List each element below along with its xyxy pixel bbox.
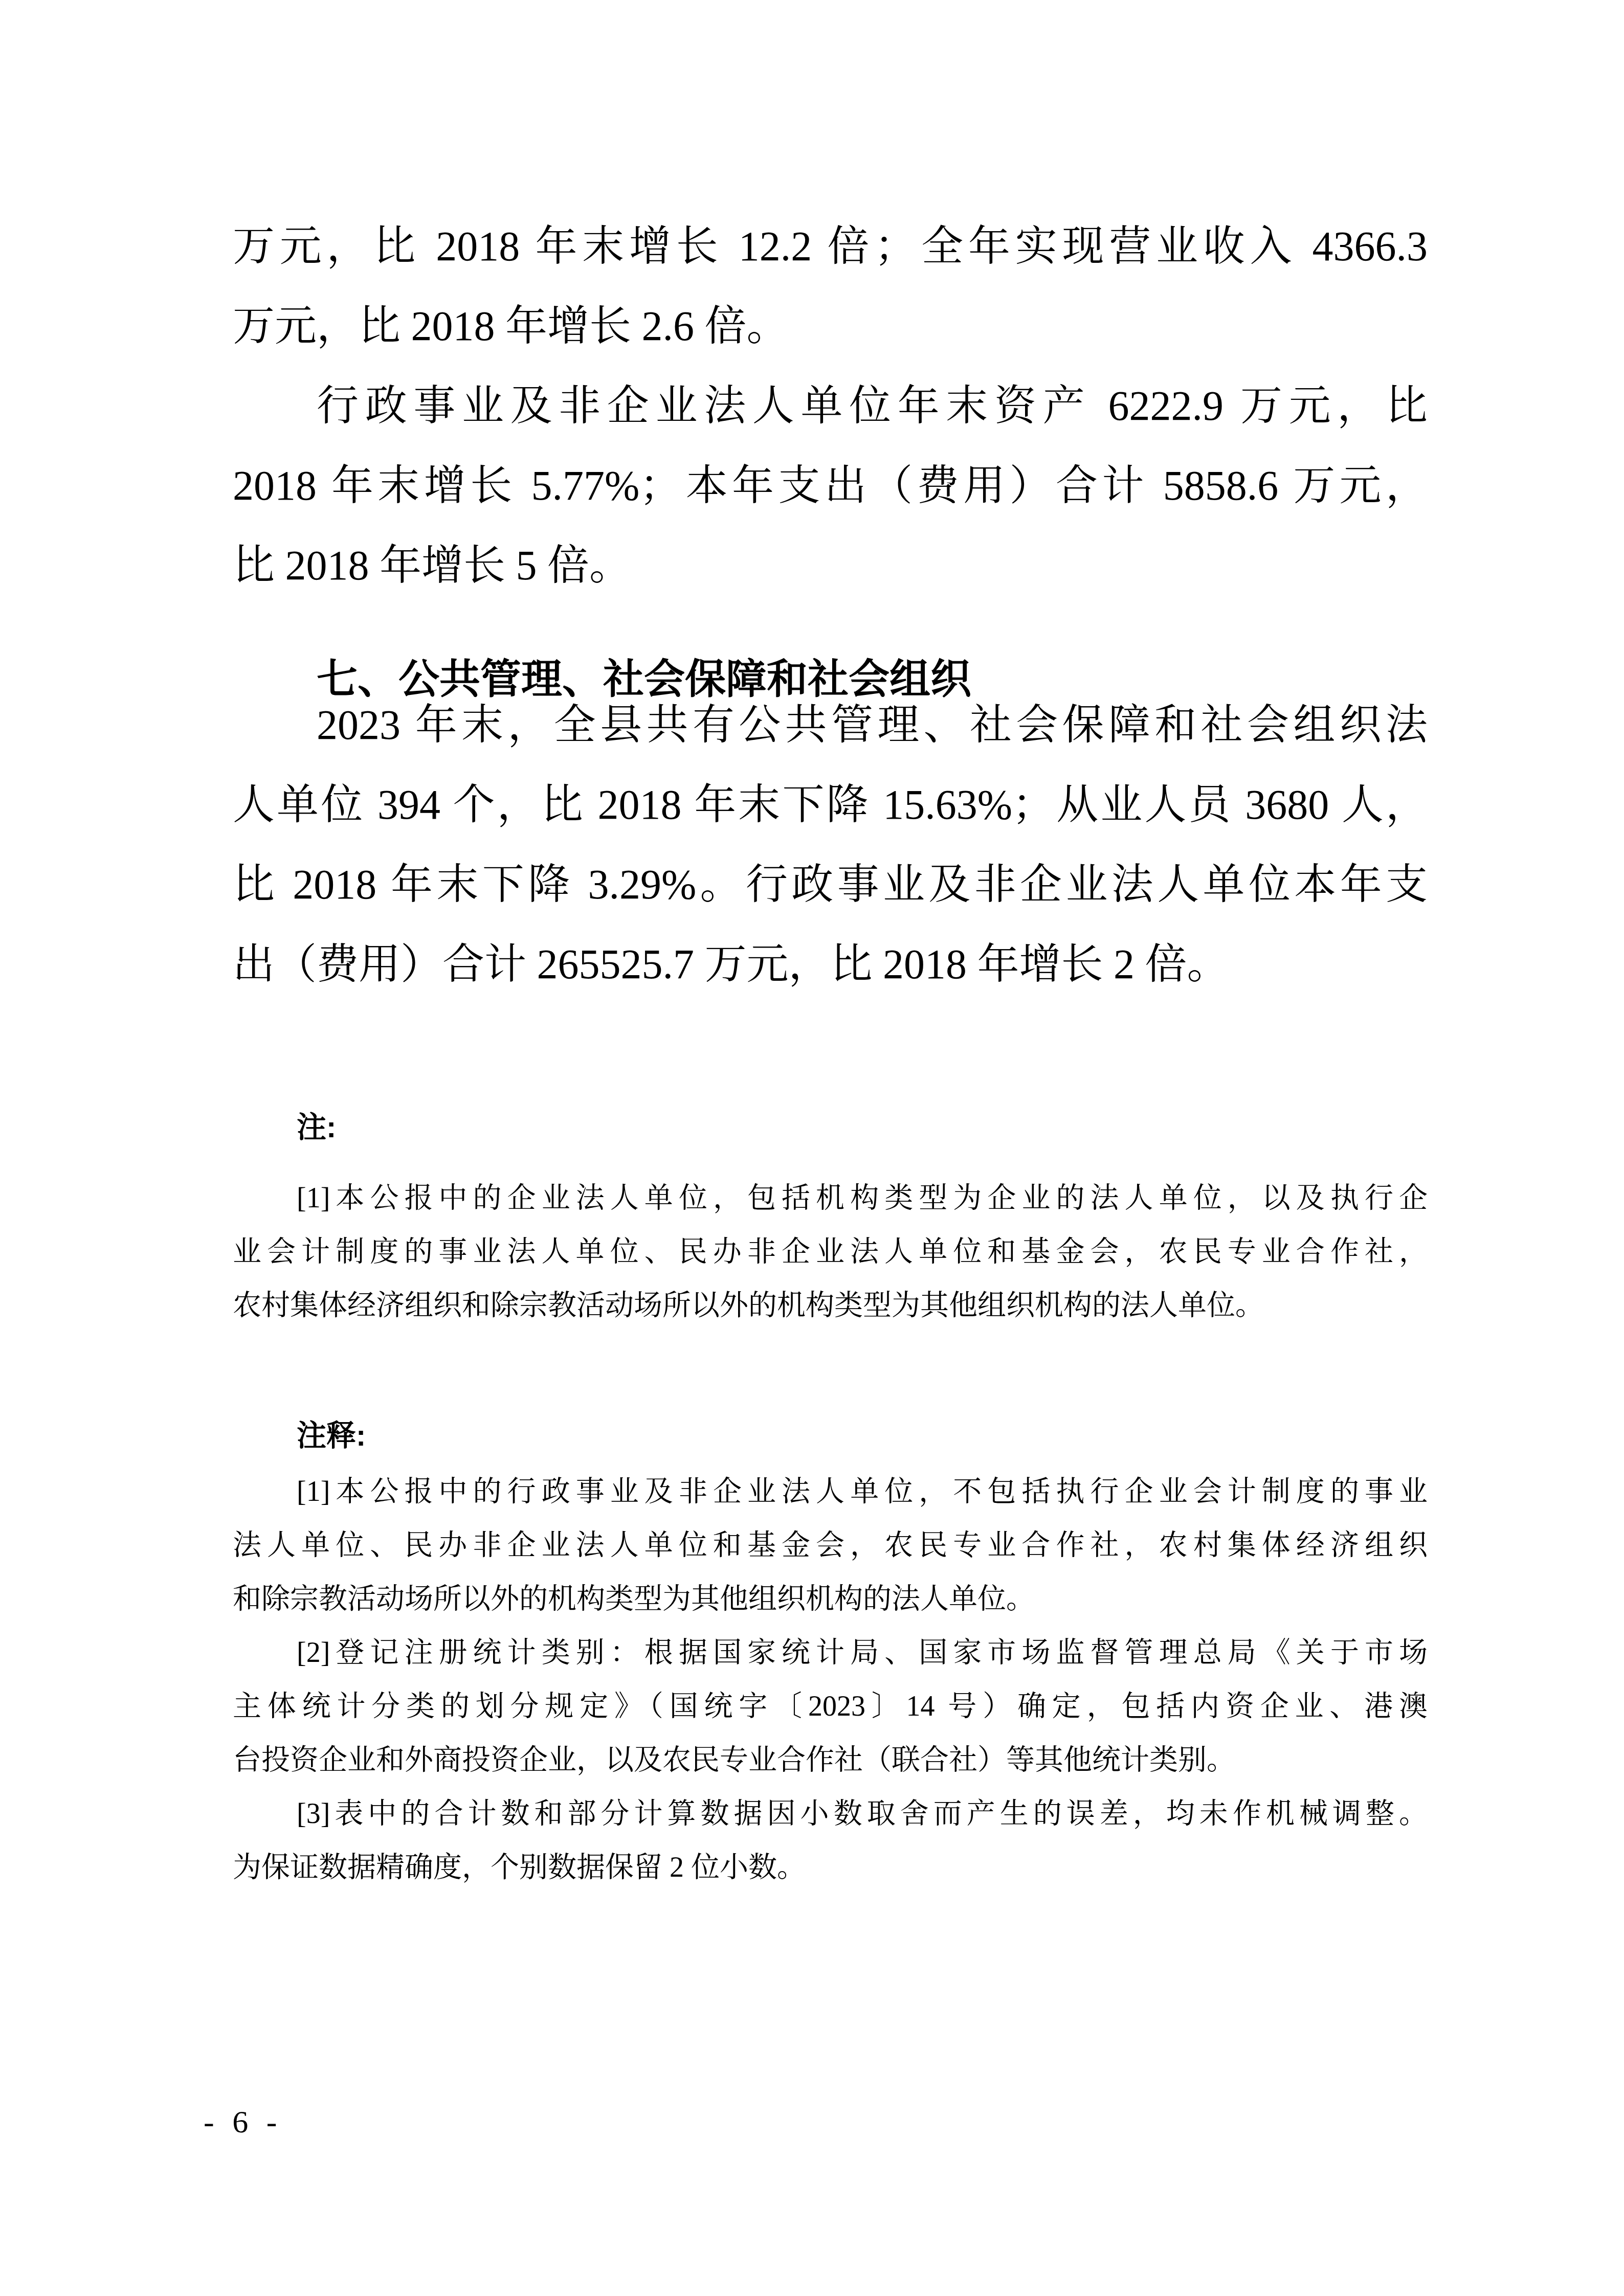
body-line: 行政事业及非企业法人单位年末资产 6222.9 万元，比 — [233, 366, 1428, 446]
footnotes-label: 注释: — [233, 1409, 1428, 1462]
body-line: 万元，比 2018 年增长 2.6 倍。 — [233, 286, 1428, 366]
document-page: 万元，比 2018 年末增长 12.2 倍；全年实现营业收入 4366.3 万元… — [0, 0, 1624, 2296]
notes-label: 注: — [233, 1100, 1428, 1154]
footnote-line: 台投资企业和外商投资企业，以及农民专业合作社（联合社）等其他统计类别。 — [233, 1734, 1428, 1787]
body-line: 人单位 394 个，比 2018 年末下降 15.63%；从业人员 3680 人… — [233, 765, 1428, 845]
footnote-3: [3]表中的合计数和部分计算数据因小数取舍而产生的误差，均未作机械调整。 为保证… — [233, 1787, 1428, 1895]
notes-block: 注: — [233, 1100, 1428, 1154]
body-line: 2023 年末，全县共有公共管理、社会保障和社会组织法 — [233, 685, 1428, 765]
footnote-1: [1]本公报中的行政事业及非企业法人单位，不包括执行企业会计制度的事业 法人单位… — [233, 1465, 1428, 1626]
body-line: 出（费用）合计 265525.7 万元，比 2018 年增长 2 倍。 — [233, 925, 1428, 1004]
body-line: 比 2018 年末下降 3.29%。行政事业及非企业法人单位本年支 — [233, 845, 1428, 925]
footnote-line: 为保证数据精确度，个别数据保留 2 位小数。 — [233, 1841, 1428, 1895]
paragraph-continued: 万元，比 2018 年末增长 12.2 倍；全年实现营业收入 4366.3 万元… — [233, 207, 1428, 366]
paragraph-public-management: 2023 年末，全县共有公共管理、社会保障和社会组织法 人单位 394 个，比 … — [233, 685, 1428, 1004]
body-line: 2018 年末增长 5.77%；本年支出（费用）合计 5858.6 万元， — [233, 446, 1428, 526]
footnote-line: 主体统计分类的划分规定》（国统字〔2023〕14 号）确定，包括内资企业、港澳 — [233, 1680, 1428, 1734]
body-line: 比 2018 年增长 5 倍。 — [233, 526, 1428, 605]
note-line: 业会计制度的事业法人单位、民办非企业法人单位和基金会，农民专业合作社， — [233, 1225, 1428, 1279]
note-line: 农村集体经济组织和除宗教活动场所以外的机构类型为其他组织机构的法人单位。 — [233, 1279, 1428, 1333]
paragraph-admin-assets: 行政事业及非企业法人单位年末资产 6222.9 万元，比 2018 年末增长 5… — [233, 366, 1428, 605]
footnotes-block: 注释: — [233, 1409, 1428, 1462]
body-line: 万元，比 2018 年末增长 12.2 倍；全年实现营业收入 4366.3 — [233, 207, 1428, 286]
footnote-line: [1]本公报中的行政事业及非企业法人单位，不包括执行企业会计制度的事业 — [233, 1465, 1428, 1519]
footnote-line: [3]表中的合计数和部分计算数据因小数取舍而产生的误差，均未作机械调整。 — [233, 1787, 1428, 1841]
note-1: [1]本公报中的企业法人单位，包括机构类型为企业的法人单位，以及执行企 业会计制… — [233, 1172, 1428, 1333]
footnote-2: [2]登记注册统计类别：根据国家统计局、国家市场监督管理总局《关于市场 主体统计… — [233, 1626, 1428, 1787]
footnote-line: 法人单位、民办非企业法人单位和基金会，农民专业合作社，农村集体经济组织 — [233, 1519, 1428, 1572]
page-number: - 6 - — [204, 2096, 282, 2149]
footnote-line: 和除宗教活动场所以外的机构类型为其他组织机构的法人单位。 — [233, 1572, 1428, 1626]
note-line: [1]本公报中的企业法人单位，包括机构类型为企业的法人单位，以及执行企 — [233, 1172, 1428, 1225]
footnote-line: [2]登记注册统计类别：根据国家统计局、国家市场监督管理总局《关于市场 — [233, 1626, 1428, 1680]
